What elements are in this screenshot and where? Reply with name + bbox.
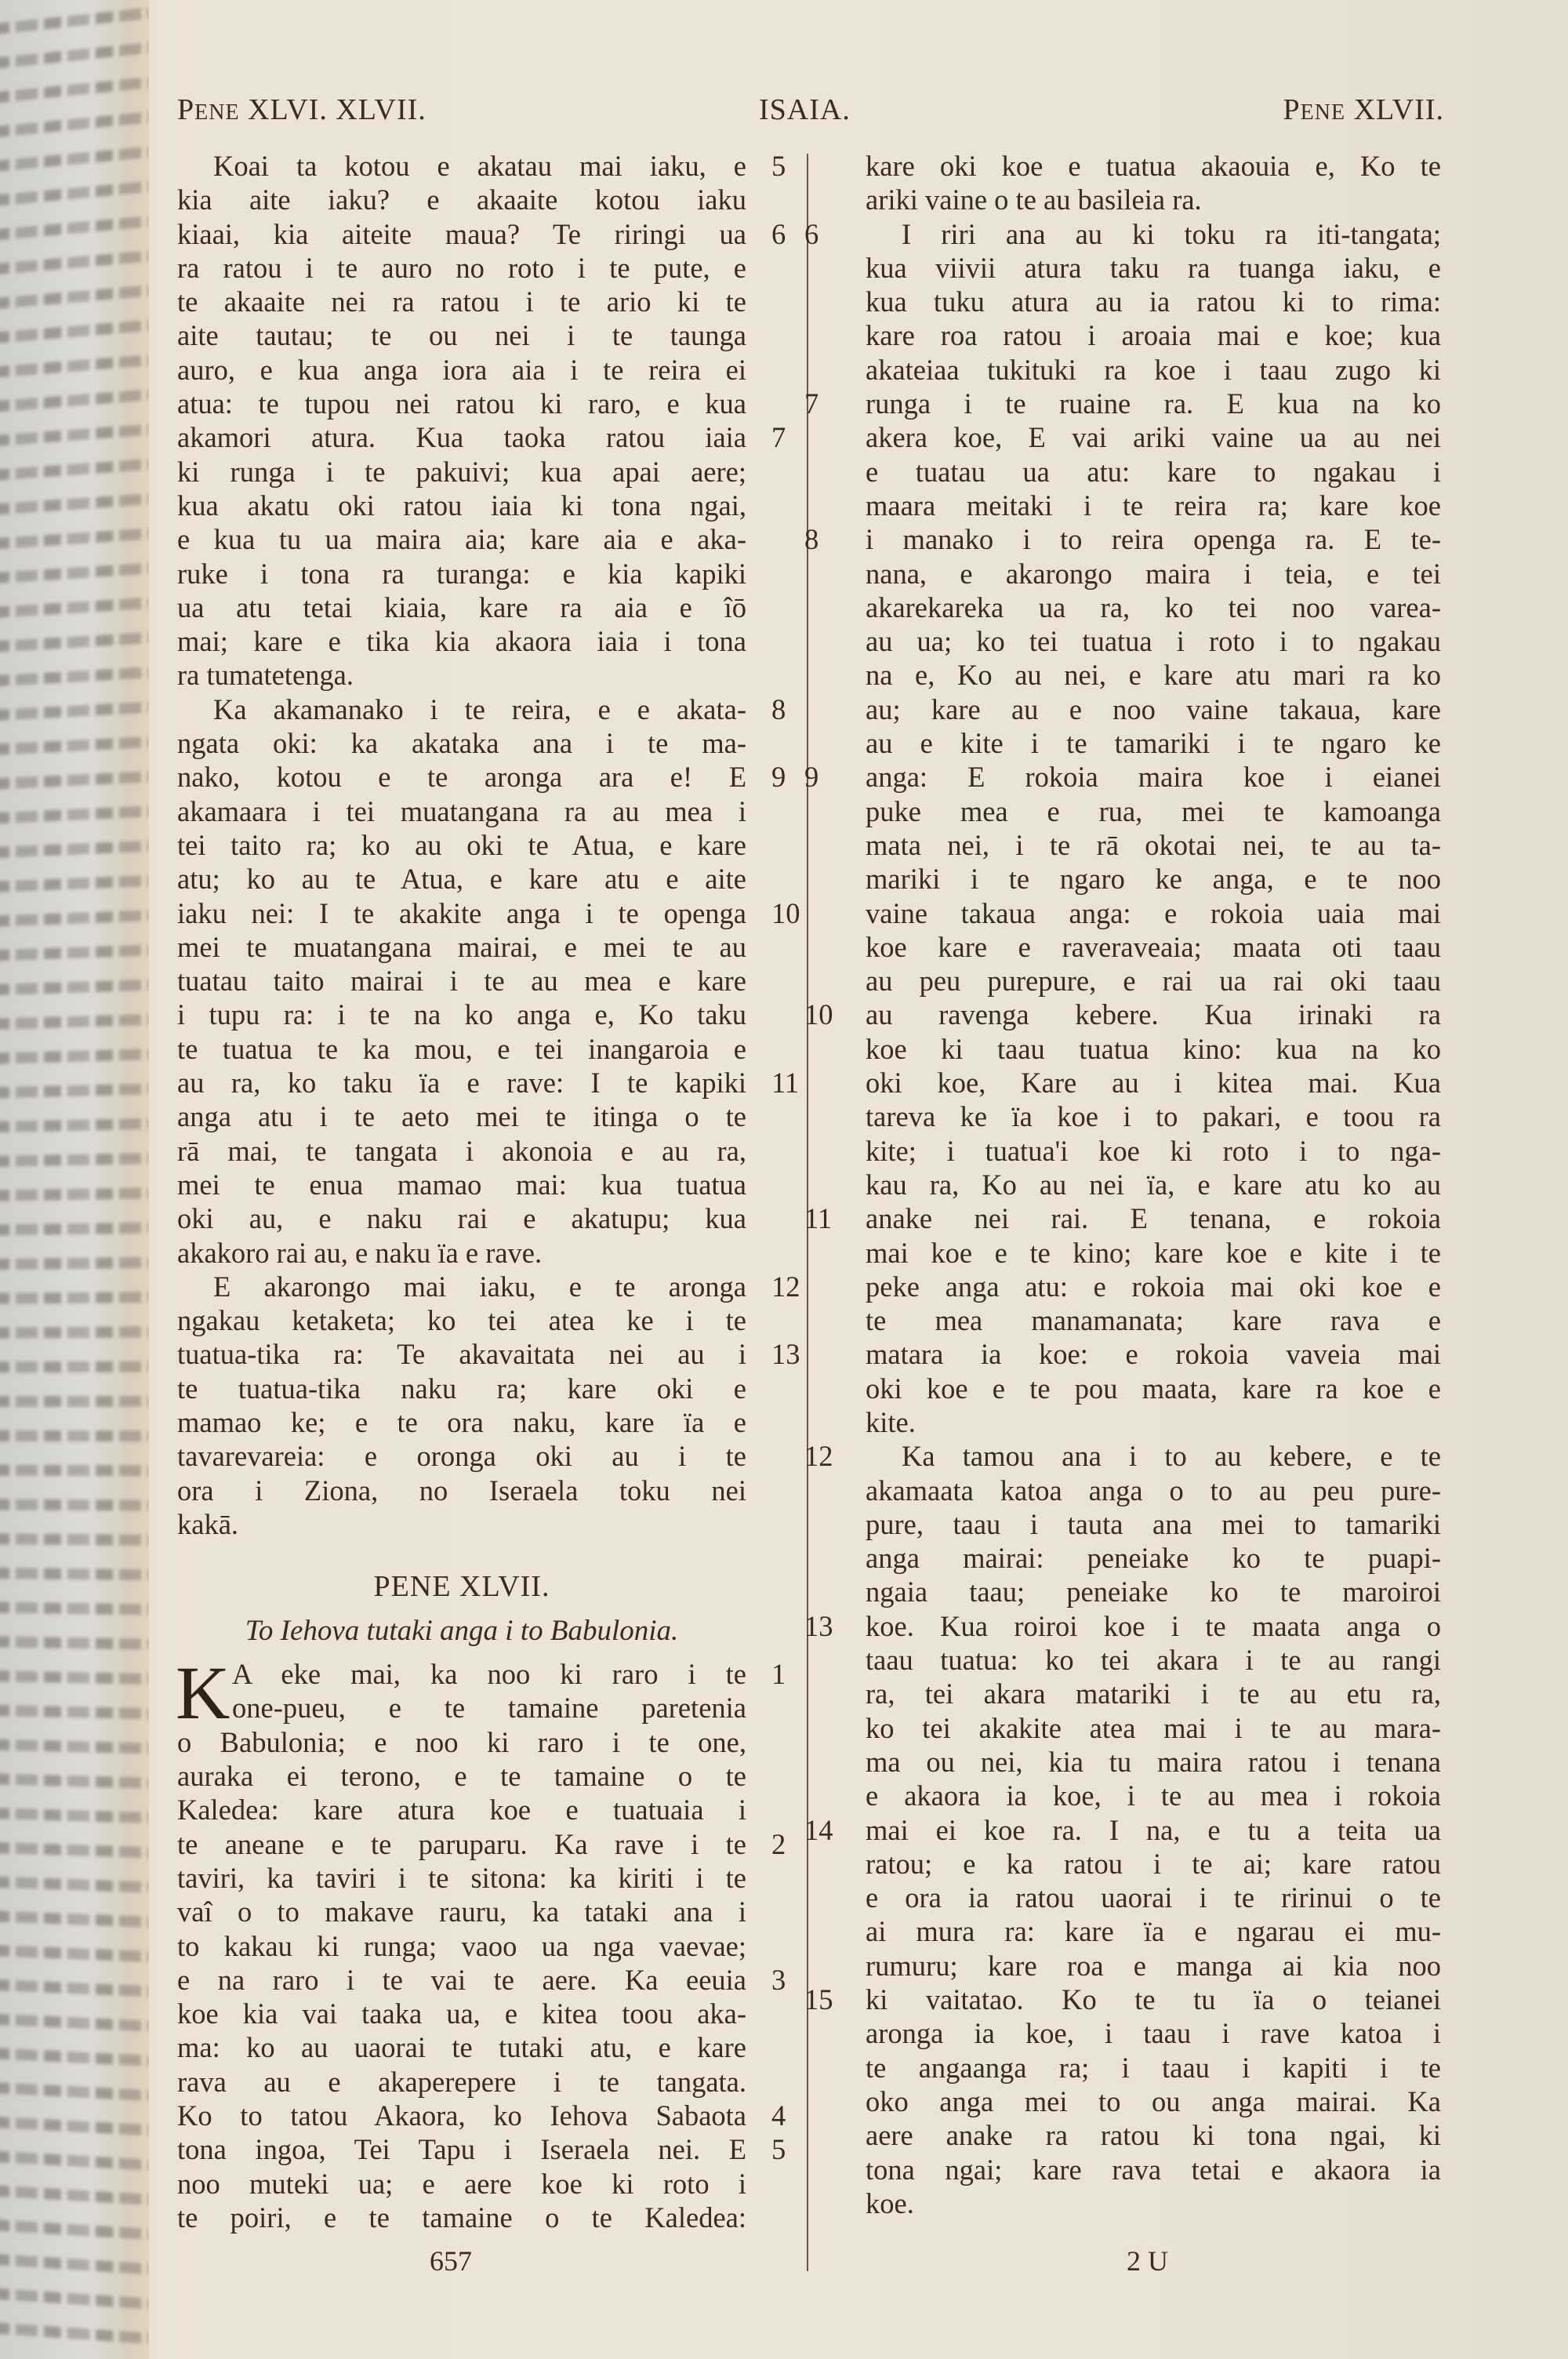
text-line: oki au, e naku rai e akatupu; kua bbox=[177, 1201, 746, 1235]
text-line: ai mura ra: kare ïa e ngarau ei mu- bbox=[866, 1914, 1441, 1948]
text-line: ma: ko au uaorai te tutaki atu, e kare bbox=[177, 2030, 746, 2064]
text-line: kare oki koe e tuatua akaouia e, Ko te bbox=[866, 149, 1441, 183]
facing-page-text-blur bbox=[0, 1465, 149, 1477]
line-text: akamori atura. Kua taoka ratou iaia bbox=[177, 420, 746, 454]
text-line: anake nei rai. E tenana, e rokoia11 bbox=[866, 1201, 1441, 1235]
line-text: koe. Kua roiroi koe i te maata anga o bbox=[866, 1609, 1441, 1643]
text-line: te poiri, e te tamaine o te Kaledea: bbox=[177, 2201, 746, 2234]
facing-page-text-blur bbox=[0, 424, 149, 447]
facing-page-text-blur bbox=[0, 2048, 149, 2066]
facing-page-text-blur bbox=[0, 563, 149, 584]
text-line: te aneane e te paruparu. Ka rave i te2 bbox=[177, 1827, 746, 1861]
line-text: koe kare e raveraveaia; maata oti taau bbox=[866, 930, 1441, 964]
text-line: kite. bbox=[866, 1405, 1441, 1439]
text-line: kakā. bbox=[177, 1507, 746, 1541]
facing-page-text-blur bbox=[0, 1670, 149, 1685]
line-text: ruke i tona ra turanga: e kia kapiki bbox=[177, 557, 746, 591]
text-line: Kaledea: kare atura koe e tuatuaia i bbox=[177, 1793, 746, 1826]
line-text: koe kia vai taaka ua, e kitea toou aka- bbox=[177, 1997, 746, 2030]
text-line: te mea manamanata; kare rava e bbox=[866, 1303, 1441, 1337]
line-text: e akaora ia koe, i te au mea i rokoia bbox=[866, 1779, 1441, 1812]
text-line: aere anake ra ratou ki tona ngai, ki bbox=[866, 2118, 1441, 2152]
line-text: Ka akamanako i te reira, e e akata- bbox=[213, 692, 746, 726]
facing-page-text-blur bbox=[0, 354, 149, 378]
line-text: kua akatu oki ratou iaia ki tona ngai, bbox=[177, 489, 746, 522]
rh-left-initial: P bbox=[177, 93, 194, 126]
text-line: kua tuku atura au ia ratou ki to rima: bbox=[866, 285, 1441, 318]
text-line: E akarongo mai iaku, e te aronga12 bbox=[177, 1270, 746, 1303]
text-line: ora i Ziona, no Iseraela toku nei bbox=[177, 1474, 746, 1507]
text-line: tuatau taito mairai i te au mea e kare bbox=[177, 964, 746, 998]
signature-mark: 2 U bbox=[1127, 2245, 1168, 2277]
text-line: kiaai, kia aiteite maua? Te riringi ua6 bbox=[177, 217, 746, 251]
right-column: kare oki koe e tuatua akaouia e, Ko tear… bbox=[866, 149, 1441, 2220]
facing-page-text-blur bbox=[0, 1014, 149, 1030]
line-text: kare roa ratou i aroaia mai e koe; kua bbox=[866, 318, 1441, 352]
verse-number: 10 bbox=[771, 896, 818, 930]
text-line: mata nei, i te rā okotai nei, te au ta- bbox=[866, 828, 1441, 862]
facing-page-text-blur bbox=[0, 910, 149, 926]
facing-page-text-blur bbox=[0, 2117, 149, 2136]
facing-page-text-blur bbox=[0, 320, 149, 343]
facing-page-text-blur bbox=[0, 598, 149, 618]
line-text: ngakau ketaketa; ko tei atea ke i te bbox=[177, 1303, 746, 1337]
line-text: ngaia taau; peneiake ko te maroiroi bbox=[866, 1575, 1441, 1608]
line-text: au ra, ko taku ïa e rave: I te kapiki bbox=[177, 1066, 746, 1100]
line-text: akakoro rai au, e naku ïa e rave. bbox=[177, 1236, 746, 1270]
text-line: mei te muatangana mairai, e mei te au bbox=[177, 930, 746, 964]
facing-page-text-blur bbox=[0, 111, 149, 137]
line-text: ko tei akakite atea mai i te au mara- bbox=[866, 1711, 1441, 1745]
line-text: mei te muatangana mairai, e mei te au bbox=[177, 930, 746, 964]
text-line: au ua; ko tei tuatua i roto i to ngakau bbox=[866, 624, 1441, 658]
line-text: te tuatua te ka mou, e tei inangaroia e bbox=[177, 1032, 746, 1066]
text-line: au ravenga kebere. Kua irinaki ra10 bbox=[866, 998, 1441, 1031]
verse-number: 4 bbox=[771, 2099, 818, 2132]
text-line: vaine takaua anga: e rokoia uaia mai bbox=[866, 896, 1441, 930]
text-line: e na raro i te vai te aere. Ka eeuia3 bbox=[177, 1963, 746, 1997]
facing-page-text-blur bbox=[0, 1602, 149, 1616]
text-line: nana, e akarongo maira i teia, e tei bbox=[866, 557, 1441, 591]
verse-number: 5 bbox=[771, 149, 818, 183]
text-line: anga mairai: peneiake ko te puapi- bbox=[866, 1541, 1441, 1575]
line-text: te aneane e te paruparu. Ka rave i te bbox=[177, 1827, 746, 1861]
line-text: oki au, e naku rai e akatupu; kua bbox=[177, 1201, 746, 1235]
text-line: ki vaitatao. Ko te tu ïa o teianei15 bbox=[866, 1983, 1441, 2016]
line-text: e tuatau ua atu: kare to ngakau i bbox=[866, 455, 1441, 489]
line-text: tona ingoa, Tei Tapu i Iseraela nei. E bbox=[177, 2132, 746, 2166]
facing-page-text-blur bbox=[0, 1533, 149, 1546]
text-line: au; kare au e noo vaine takaua, kare bbox=[866, 692, 1441, 726]
text-line: atua: te tupou nei ratou ki raro, e kua bbox=[177, 387, 746, 420]
facing-page-text-blur bbox=[0, 147, 149, 173]
text-line: Ko to tatou Akaora, ko Iehova Sabaota4 bbox=[177, 2099, 746, 2132]
facing-page-text-blur bbox=[0, 1842, 149, 1858]
text-line: I riri ana au ki toku ra iti-tangata;6 bbox=[866, 217, 1441, 251]
facing-page-text-blur bbox=[0, 2219, 149, 2240]
line-text: akamaata katoa anga o to au peu pure- bbox=[866, 1474, 1441, 1507]
line-text: Koai ta kotou e akatau mai iaku, e bbox=[213, 149, 746, 183]
line-text: ai mura ra: kare ïa e ngarau ei mu- bbox=[866, 1914, 1441, 1948]
facing-page-text-blur bbox=[0, 1568, 149, 1580]
text-line: taviri, ka taviri i te sitona: ka kiriti… bbox=[177, 1861, 746, 1895]
line-text: ariki vaine o te au basileia ra. bbox=[866, 183, 1441, 216]
facing-page-text-blur bbox=[0, 216, 149, 241]
text-line: to kakau ki runga; vaoo ua nga vaevae; bbox=[177, 1929, 746, 1963]
verse-number: 11 bbox=[771, 1066, 818, 1100]
verse-number: 7 bbox=[804, 387, 851, 420]
text-line: te tuatua te ka mou, e tei inangaroia e bbox=[177, 1032, 746, 1066]
facing-page-text-blur bbox=[0, 1223, 149, 1236]
verse-number: 13 bbox=[804, 1609, 851, 1643]
line-text: akera koe, E vai ariki vaine ua au nei bbox=[866, 420, 1441, 454]
line-text: kite; i tuatua'i koe ki roto i to nga- bbox=[866, 1134, 1441, 1168]
line-text: i tupu ra: i te na ko anga e, Ko taku bbox=[177, 998, 746, 1031]
line-text: atu; ko au te Atua, e kare atu e aite bbox=[177, 862, 746, 896]
facing-page-text-blur bbox=[0, 181, 149, 206]
line-text: runga i te ruaine ra. E kua na ko bbox=[866, 387, 1441, 420]
text-line: ua atu tetai kiaia, kare ra aia e îō bbox=[177, 591, 746, 624]
text-line: kite; i tuatua'i koe ki roto i to nga- bbox=[866, 1134, 1441, 1168]
text-line: e tuatau ua atu: kare to ngakau i bbox=[866, 455, 1441, 489]
text-line: au e kite i te tamariki i te ngaro ke bbox=[866, 726, 1441, 760]
text-line: koe kia vai taaka ua, e kitea toou aka- bbox=[177, 1997, 746, 2030]
line-text: oki koe e te pou maata, kare ra koe e bbox=[866, 1372, 1441, 1405]
text-line: puke mea e rua, mei te kamoanga bbox=[866, 794, 1441, 828]
line-text: Kaledea: kare atura koe e tuatuaia i bbox=[177, 1793, 746, 1826]
line-text: oko anga mei to ou anga mairai. Ka bbox=[866, 2085, 1441, 2118]
line-text: akarekareka ua ra, ko tei noo varea- bbox=[866, 591, 1441, 624]
text-line: ruke i tona ra turanga: e kia kapiki bbox=[177, 557, 746, 591]
rh-right-chapters: XLVII. bbox=[1345, 93, 1444, 126]
running-head: PENE XLVI. XLVII. ISAIA. PENE XLVII. bbox=[177, 93, 1444, 132]
text-line: ngaia taau; peneiake ko te maroiroi bbox=[866, 1575, 1441, 1608]
facing-page-text-blur bbox=[0, 2322, 149, 2344]
line-text: tona ngai; kare rava tetai e akaora ia bbox=[866, 2153, 1441, 2186]
text-line: kare roa ratou i aroaia mai e koe; kua bbox=[866, 318, 1441, 352]
line-text: au ravenga kebere. Kua irinaki ra bbox=[866, 998, 1441, 1031]
line-text: tuatua-tika ra: Te akavaitata nei au i bbox=[177, 1337, 746, 1371]
rh-left-chapters: XLVI. XLVII. bbox=[240, 93, 426, 126]
verse-number: 11 bbox=[804, 1201, 851, 1235]
facing-page-text-blur bbox=[0, 1910, 149, 1927]
text-line: akakoro rai au, e naku ïa e rave. bbox=[177, 1236, 746, 1270]
text-line: ngakau ketaketa; ko tei atea ke i te bbox=[177, 1303, 746, 1337]
text-line: te tuatua-tika naku ra; kare oki e bbox=[177, 1372, 746, 1405]
line-text: pure, taau i tauta ana mei to tamariki bbox=[866, 1507, 1441, 1541]
line-text: iaku nei: I te akakite anga i te openga bbox=[177, 896, 746, 930]
line-text: au ua; ko tei tuatua i roto i to ngakau bbox=[866, 624, 1441, 658]
text-line: runga i te ruaine ra. E kua na ko7 bbox=[866, 387, 1441, 420]
line-text: mei te enua mamao mai: kua tuatua bbox=[177, 1168, 746, 1201]
facing-page-text-blur bbox=[0, 1979, 149, 1997]
line-text: kite. bbox=[866, 1405, 1441, 1439]
line-text: ki runga i te pakuivi; kua apai aere; bbox=[177, 455, 746, 489]
line-text: aere anake ra ratou ki tona ngai, ki bbox=[866, 2118, 1441, 2152]
running-head-left: PENE XLVI. XLVII. bbox=[177, 93, 426, 127]
line-text: auraka ei terono, e te tamaine o te bbox=[177, 1759, 746, 1793]
text-line: kau ra, Ko au nei ïa, e kare atu ko au bbox=[866, 1168, 1441, 1201]
facing-page-text-blur bbox=[0, 8, 149, 35]
line-text: kua viivii atura taku ra tuanga iaku, e bbox=[866, 251, 1441, 285]
line-text: kare oki koe e tuatua akaouia e, Ko te bbox=[866, 149, 1441, 183]
text-line: ma ou nei, kia tu maira ratou i tenana bbox=[866, 1745, 1441, 1779]
line-text: Ko to tatou Akaora, ko Iehova Sabaota bbox=[177, 2099, 746, 2132]
line-text: tavarevareia: e oronga oki au i te bbox=[177, 1439, 746, 1473]
text-line: e akaora ia koe, i te au mea i rokoia bbox=[866, 1779, 1441, 1812]
line-text: mai koe e te kino; kare koe e kite i te bbox=[866, 1236, 1441, 1270]
verse-number: 6 bbox=[804, 217, 851, 251]
line-text: te akaaite nei ra ratou i te ario ki te bbox=[177, 285, 746, 318]
text-line: e ora ia ratou uaorai i te ririnui o te bbox=[866, 1881, 1441, 1914]
line-text: I riri ana au ki toku ra iti-tangata; bbox=[902, 217, 1441, 251]
facing-page-text-blur bbox=[0, 1049, 149, 1063]
facing-page-text-blur bbox=[0, 771, 149, 789]
verse-number: 7 bbox=[771, 420, 818, 454]
text-line: mai ei koe ra. I na, e tu a teita ua14 bbox=[866, 1813, 1441, 1847]
facing-page-text-blur bbox=[0, 1292, 149, 1304]
facing-page-text-blur bbox=[0, 459, 149, 481]
text-line: tei taito ra; ko au oki te Atua, e kare bbox=[177, 828, 746, 862]
facing-page-text-blur bbox=[0, 2014, 149, 2032]
text-line: mai; kare e tika kia akaora iaia i tona bbox=[177, 624, 746, 658]
line-text: ra ratou i te auro no roto i te pute, e bbox=[177, 251, 746, 285]
facing-page-text-blur bbox=[0, 667, 149, 687]
verse-number: 8 bbox=[804, 522, 851, 556]
line-text: au; kare au e noo vaine takaua, kare bbox=[866, 692, 1441, 726]
line-text: mai ei koe ra. I na, e tu a teita ua bbox=[866, 1813, 1441, 1847]
text-line: anga atu i te aeto mei te itinga o te bbox=[177, 1100, 746, 1133]
text-line: auraka ei terono, e te tamaine o te bbox=[177, 1759, 746, 1793]
text-line: kia aite iaku? e akaaite kotou iaku bbox=[177, 183, 746, 216]
line-text: koe. bbox=[866, 2186, 1441, 2220]
line-text: ngata oki: ka akataka ana i te ma- bbox=[177, 726, 746, 760]
text-line: auro, e kua anga iora aia i te reira ei bbox=[177, 353, 746, 387]
text-line: akamaata katoa anga o to au peu pure- bbox=[866, 1474, 1441, 1507]
text-line: e kua tu ua maira aia; kare aia e aka- bbox=[177, 522, 746, 556]
facing-page-text-blur bbox=[0, 2288, 149, 2309]
facing-page-text-blur bbox=[0, 1396, 149, 1407]
text-line: ratou; e ka ratou i te ai; kare ratou bbox=[866, 1847, 1441, 1881]
line-text: te poiri, e te tamaine o te Kaledea: bbox=[177, 2201, 746, 2234]
facing-page-text-blur bbox=[0, 285, 149, 310]
rh-right-smallcaps: ENE bbox=[1301, 100, 1345, 125]
text-line: maara meitaki i te reira ra; kare koe bbox=[866, 489, 1441, 522]
chapter-summary: To Iehova tutaki anga i to Babulonia. bbox=[177, 1612, 746, 1657]
facing-page-text-blur bbox=[0, 632, 149, 652]
line-text: mariki i te ngaro ke anga, e te noo bbox=[866, 862, 1441, 896]
line-text: ra tumatetenga. bbox=[177, 658, 746, 692]
facing-page-text-blur bbox=[0, 77, 149, 104]
facing-page-text-blur bbox=[0, 1361, 149, 1373]
text-line: mamao ke; e te ora naku, kare ïa e bbox=[177, 1405, 746, 1439]
line-text: au peu purepure, e rai ua rai oki taau bbox=[866, 964, 1441, 998]
text-line: tareva ke ïa koe i to pakari, e toou ra bbox=[866, 1100, 1441, 1133]
line-text: akamaara i tei muatangana ra au mea i bbox=[177, 794, 746, 828]
facing-page-text-blur bbox=[0, 945, 149, 961]
line-text: ua atu tetai kiaia, kare ra aia e îō bbox=[177, 591, 746, 624]
line-text: kia aite iaku? e akaaite kotou iaku bbox=[177, 183, 746, 216]
text-line: o Babulonia; e noo ki raro i te one, bbox=[177, 1725, 746, 1759]
text-line: au ra, ko taku ïa e rave: I te kapiki11 bbox=[177, 1066, 746, 1100]
running-head-book-title: ISAIA. bbox=[759, 93, 851, 127]
text-line: na e, Ko au nei, e kare atu mari ra ko bbox=[866, 658, 1441, 692]
line-text: rava au e akaperepere i te tangata. bbox=[177, 2065, 746, 2099]
line-text: A eke mai, ka noo ki raro i te bbox=[232, 1657, 746, 1691]
facing-page-text-blur bbox=[0, 1705, 149, 1719]
facing-page-text-blur bbox=[0, 1084, 149, 1099]
text-line: aronga ia koe, i taau i rave katoa i bbox=[866, 2016, 1441, 2050]
facing-page-text-blur bbox=[0, 1773, 149, 1788]
line-text: maara meitaki i te reira ra; kare koe bbox=[866, 489, 1441, 522]
text-line: Ka akamanako i te reira, e e akata-8 bbox=[177, 692, 746, 726]
facing-page-text-blur bbox=[0, 1808, 149, 1823]
text-line: ki runga i te pakuivi; kua apai aere; bbox=[177, 455, 746, 489]
text-line: nako, kotou e te aronga ara e! E9 bbox=[177, 760, 746, 794]
line-text: e ora ia ratou uaorai i te ririnui o te bbox=[866, 1881, 1441, 1914]
line-text: auro, e kua anga iora aia i te reira ei bbox=[177, 353, 746, 387]
line-text: i manako i to reira openga ra. E te- bbox=[866, 522, 1441, 556]
line-text: matara ia koe: e rokoia vaveia mai bbox=[866, 1337, 1441, 1371]
line-text: kua tuku atura au ia ratou ki to rima: bbox=[866, 285, 1441, 318]
line-text: nako, kotou e te aronga ara e! E bbox=[177, 760, 746, 794]
text-line: te akaaite nei ra ratou i te ario ki te bbox=[177, 285, 746, 318]
text-line: te angaanga ra; i taau i kapiti i te bbox=[866, 2051, 1441, 2085]
text-line: tona ingoa, Tei Tapu i Iseraela nei. E5 bbox=[177, 2132, 746, 2166]
facing-page-text-blur bbox=[0, 1187, 149, 1201]
line-text: noo muteki ua; e aere koe ki roto i bbox=[177, 2167, 746, 2201]
text-line: ra ratou i te auro no roto i te pute, e bbox=[177, 251, 746, 285]
text-line: au peu purepure, e rai ua rai oki taau bbox=[866, 964, 1441, 998]
facing-page-text-blur bbox=[0, 1877, 149, 1893]
line-text: ratou; e ka ratou i te ai; kare ratou bbox=[866, 1847, 1441, 1881]
text-line: atu; ko au te Atua, e kare atu e aite bbox=[177, 862, 746, 896]
line-text: e kua tu ua maira aia; kare aia e aka- bbox=[177, 522, 746, 556]
line-text: atua: te tupou nei ratou ki raro, e kua bbox=[177, 387, 746, 420]
text-line: ra, tei akara matariki i te au etu ra, bbox=[866, 1677, 1441, 1710]
line-text: rā mai, te tangata i akonoia e au ra, bbox=[177, 1134, 746, 1168]
line-text: ora i Ziona, no Iseraela toku nei bbox=[177, 1474, 746, 1507]
facing-page-text-blur bbox=[0, 2082, 149, 2101]
line-text: E akarongo mai iaku, e te aronga bbox=[213, 1270, 746, 1303]
line-text: mamao ke; e te ora naku, kare ïa e bbox=[177, 1405, 746, 1439]
text-line: akateiaa tukituki ra koe i taau zugo ki bbox=[866, 353, 1441, 387]
line-text: anga atu i te aeto mei te itinga o te bbox=[177, 1100, 746, 1133]
text-line: mariki i te ngaro ke anga, e te noo bbox=[866, 862, 1441, 896]
text-line: rava au e akaperepere i te tangata. bbox=[177, 2065, 746, 2099]
text-line: rā mai, te tangata i akonoia e au ra, bbox=[177, 1134, 746, 1168]
facing-page-text-blur bbox=[0, 528, 149, 549]
line-text: one-pueu, e te tamaine paretenia bbox=[232, 1691, 746, 1725]
page-number: 657 bbox=[430, 2245, 472, 2277]
running-head-right: PENE XLVII. bbox=[1283, 93, 1445, 127]
text-line: tuatua-tika ra: Te akavaitata nei au i13 bbox=[177, 1337, 746, 1371]
verse-number: 12 bbox=[804, 1439, 851, 1473]
text-line: oki koe, Kare au i kitea mai. Kua bbox=[866, 1066, 1441, 1100]
line-text: oki koe, Kare au i kitea mai. Kua bbox=[866, 1066, 1441, 1100]
facing-page-text-blur bbox=[0, 389, 149, 412]
verse-number: 13 bbox=[771, 1337, 818, 1371]
line-text: mai; kare e tika kia akaora iaia i tona bbox=[177, 624, 746, 658]
verse-number: 8 bbox=[771, 692, 818, 726]
text-line: anga: E rokoia maira koe i eianei9 bbox=[866, 760, 1441, 794]
text-line: mei te enua mamao mai: kua tuatua bbox=[177, 1168, 746, 1201]
verse-number: 10 bbox=[804, 998, 851, 1031]
line-text: na e, Ko au nei, e kare atu mari ra ko bbox=[866, 658, 1441, 692]
facing-page-text-blur bbox=[0, 806, 149, 824]
text-line: peke anga atu: e rokoia mai oki koe e bbox=[866, 1270, 1441, 1303]
facing-page-text-blur bbox=[0, 493, 149, 515]
line-text: kau ra, Ko au nei ïa, e kare atu ko au bbox=[866, 1168, 1441, 1201]
text-line: tavarevareia: e oronga oki au i te bbox=[177, 1439, 746, 1473]
facing-page-text-blur bbox=[0, 736, 149, 755]
line-text: ki vaitatao. Ko te tu ïa o teianei bbox=[866, 1983, 1441, 2016]
line-text: e na raro i te vai te aere. Ka eeuia bbox=[177, 1963, 746, 1997]
line-text: kiaai, kia aiteite maua? Te riringi ua bbox=[177, 217, 746, 251]
line-text: kakā. bbox=[177, 1507, 746, 1541]
text-line: oki koe e te pou maata, kare ra koe e bbox=[866, 1372, 1441, 1405]
text-line: ko tei akakite atea mai i te au mara- bbox=[866, 1711, 1441, 1745]
text-line: i manako i to reira openga ra. E te-8 bbox=[866, 522, 1441, 556]
line-text: anga: E rokoia maira koe i eianei bbox=[866, 760, 1441, 794]
text-line: Ka tamou ana i to au kebere, e te12 bbox=[866, 1439, 1441, 1473]
line-text: nana, e akarongo maira i teia, e tei bbox=[866, 557, 1441, 591]
facing-page-text-blur bbox=[0, 1118, 149, 1132]
facing-page-text-blur bbox=[0, 250, 149, 274]
text-line: pure, taau i tauta ana mei to tamariki bbox=[866, 1507, 1441, 1541]
verse-number: 1 bbox=[771, 1657, 818, 1691]
text-line: Koai ta kotou e akatau mai iaku, e5 bbox=[177, 149, 746, 183]
chapter-heading: PENE XLVII. bbox=[177, 1561, 746, 1612]
text-line: rumuru; kare roa e manga ai kia noo bbox=[866, 1949, 1441, 1983]
text-line: akarekareka ua ra, ko tei noo varea- bbox=[866, 591, 1441, 624]
left-column: Koai ta kotou e akatau mai iaku, e5kia a… bbox=[177, 149, 746, 2234]
text-line: noo muteki ua; e aere koe ki roto i bbox=[177, 2167, 746, 2201]
text-line: mai koe e te kino; kare koe e kite i te bbox=[866, 1236, 1441, 1270]
verse-number: 12 bbox=[771, 1270, 818, 1303]
text-line: akamaara i tei muatangana ra au mea i bbox=[177, 794, 746, 828]
facing-page-text-blur bbox=[0, 42, 149, 69]
rh-right-initial: P bbox=[1283, 93, 1301, 126]
facing-page-text-blur bbox=[0, 1499, 149, 1510]
text-line: koe. Kua roiroi koe i te maata anga o13 bbox=[866, 1609, 1441, 1643]
text-line: kua akatu oki ratou iaia ki tona ngai, bbox=[177, 489, 746, 522]
facing-page-text-blur bbox=[0, 875, 149, 892]
facing-page-text-blur bbox=[0, 1153, 149, 1167]
verse-number: 14 bbox=[804, 1813, 851, 1847]
text-line: oko anga mei to ou anga mairai. Ka bbox=[866, 2085, 1441, 2118]
text-line: ariki vaine o te au basileia ra. bbox=[866, 183, 1441, 216]
text-line: kua viivii atura taku ra tuanga iaku, e bbox=[866, 251, 1441, 285]
line-text: tei taito ra; ko au oki te Atua, e kare bbox=[177, 828, 746, 862]
text-line: A eke mai, ka noo ki raro i te1 bbox=[177, 1657, 746, 1691]
line-text: te mea manamanata; kare rava e bbox=[866, 1303, 1441, 1337]
line-text: te tuatua-tika naku ra; kare oki e bbox=[177, 1372, 746, 1405]
line-text: taviri, ka taviri i te sitona: ka kiriti… bbox=[177, 1861, 746, 1895]
facing-page-edge bbox=[0, 0, 149, 2359]
rh-left-smallcaps: ENE bbox=[194, 100, 239, 125]
facing-page-text-blur bbox=[0, 1430, 149, 1441]
line-text: anga mairai: peneiake ko te puapi- bbox=[866, 1541, 1441, 1575]
text-line: matara ia koe: e rokoia vaveia mai bbox=[866, 1337, 1441, 1371]
text-line: koe. bbox=[866, 2186, 1441, 2220]
line-text: koe ki taau tuatua kino: kua na ko bbox=[866, 1032, 1441, 1066]
text-line: koe ki taau tuatua kino: kua na ko bbox=[866, 1032, 1441, 1066]
line-text: aronga ia koe, i taau i rave katoa i bbox=[866, 2016, 1441, 2050]
line-text: aite tautau; te ou nei i te taunga bbox=[177, 318, 746, 352]
line-text: te angaanga ra; i taau i kapiti i te bbox=[866, 2051, 1441, 2085]
facing-page-text-blur bbox=[0, 1326, 149, 1338]
